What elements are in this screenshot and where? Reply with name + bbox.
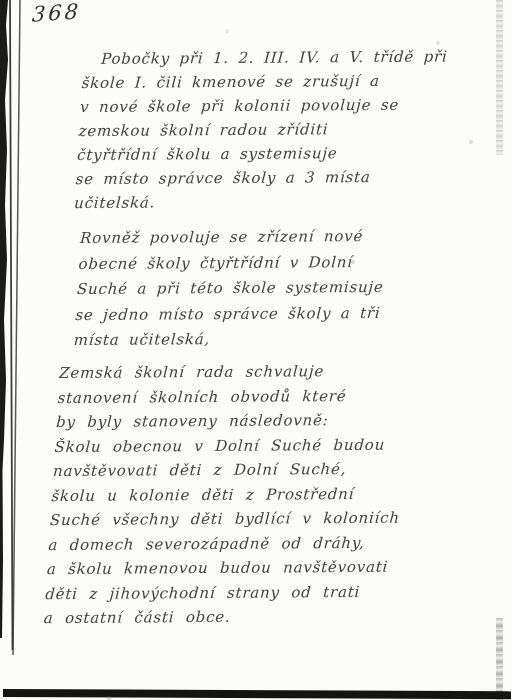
text-line: a ostatní části obce.	[43, 604, 394, 631]
text-line: se jedno místo správce školy a tři	[75, 300, 383, 328]
text-line: a školu kmenovou budou navštěvovati	[46, 555, 397, 582]
text-line: zemskou školní radou zříditi	[78, 116, 444, 143]
paragraph-2: Rovněž povoluje se zřízení nové obecné š…	[73, 224, 388, 354]
text-line: učitelská.	[73, 189, 439, 216]
binding-black-bar	[0, 0, 8, 638]
text-line: místa učitelská,	[73, 326, 381, 354]
book-binding-edge-icon	[0, 0, 30, 700]
text-line: škole I. čili kmenové se zrušují a	[81, 68, 447, 95]
text-line: se místo správce školy a 3 místa	[75, 165, 441, 192]
text-line: by byly stanoveny následovně:	[55, 408, 406, 435]
text-line: školu u kolonie děti z Prostřední	[51, 481, 402, 508]
text-line: Školu obecnou v Dolní Suché budou	[54, 432, 405, 459]
binding-crease-line-2	[13, 0, 20, 655]
scan-bottom-border	[3, 689, 511, 699]
scanned-page: 368 Pobočky při 1. 2. III. IV. a V. tříd…	[0, 0, 511, 700]
text-line: obecné školy čtyřtřídní v Dolní	[78, 249, 386, 277]
scan-noise-specks	[0, 0, 2, 2]
page-number: 368	[31, 0, 82, 27]
page-edge-shadow-bottom	[496, 618, 503, 700]
text-line: čtyřtřídní školu a systemisuje	[76, 141, 442, 168]
paragraph-3: Zemská školní rada schvaluje stanovení š…	[43, 359, 410, 631]
paragraph-1: Pobočky při 1. 2. III. IV. a V. třídě př…	[73, 44, 448, 215]
page-edge-shadow-top	[496, 0, 503, 155]
text-line: děti z jihovýchodní strany od trati	[45, 579, 396, 606]
text-line: v nové škole při kolonii povoluje se	[79, 92, 445, 119]
text-line: Pobočky při 1. 2. III. IV. a V. třídě př…	[82, 44, 448, 71]
text-line: Zemská školní rada schvaluje	[58, 359, 409, 386]
text-line: Rovněž povoluje se zřízení nové	[79, 224, 387, 252]
text-line: navštěvovati děti z Dolní Suché,	[52, 457, 403, 484]
binding-crease-line-1	[10, 0, 13, 650]
text-line: a domech severozápadně od dráhy,	[48, 530, 399, 557]
text-line: Suché všechny děti bydlící v koloniích	[49, 506, 400, 533]
text-line: Suché a při této škole systemisuje	[76, 275, 384, 303]
text-line: stanovení školních obvodů které	[57, 383, 408, 410]
